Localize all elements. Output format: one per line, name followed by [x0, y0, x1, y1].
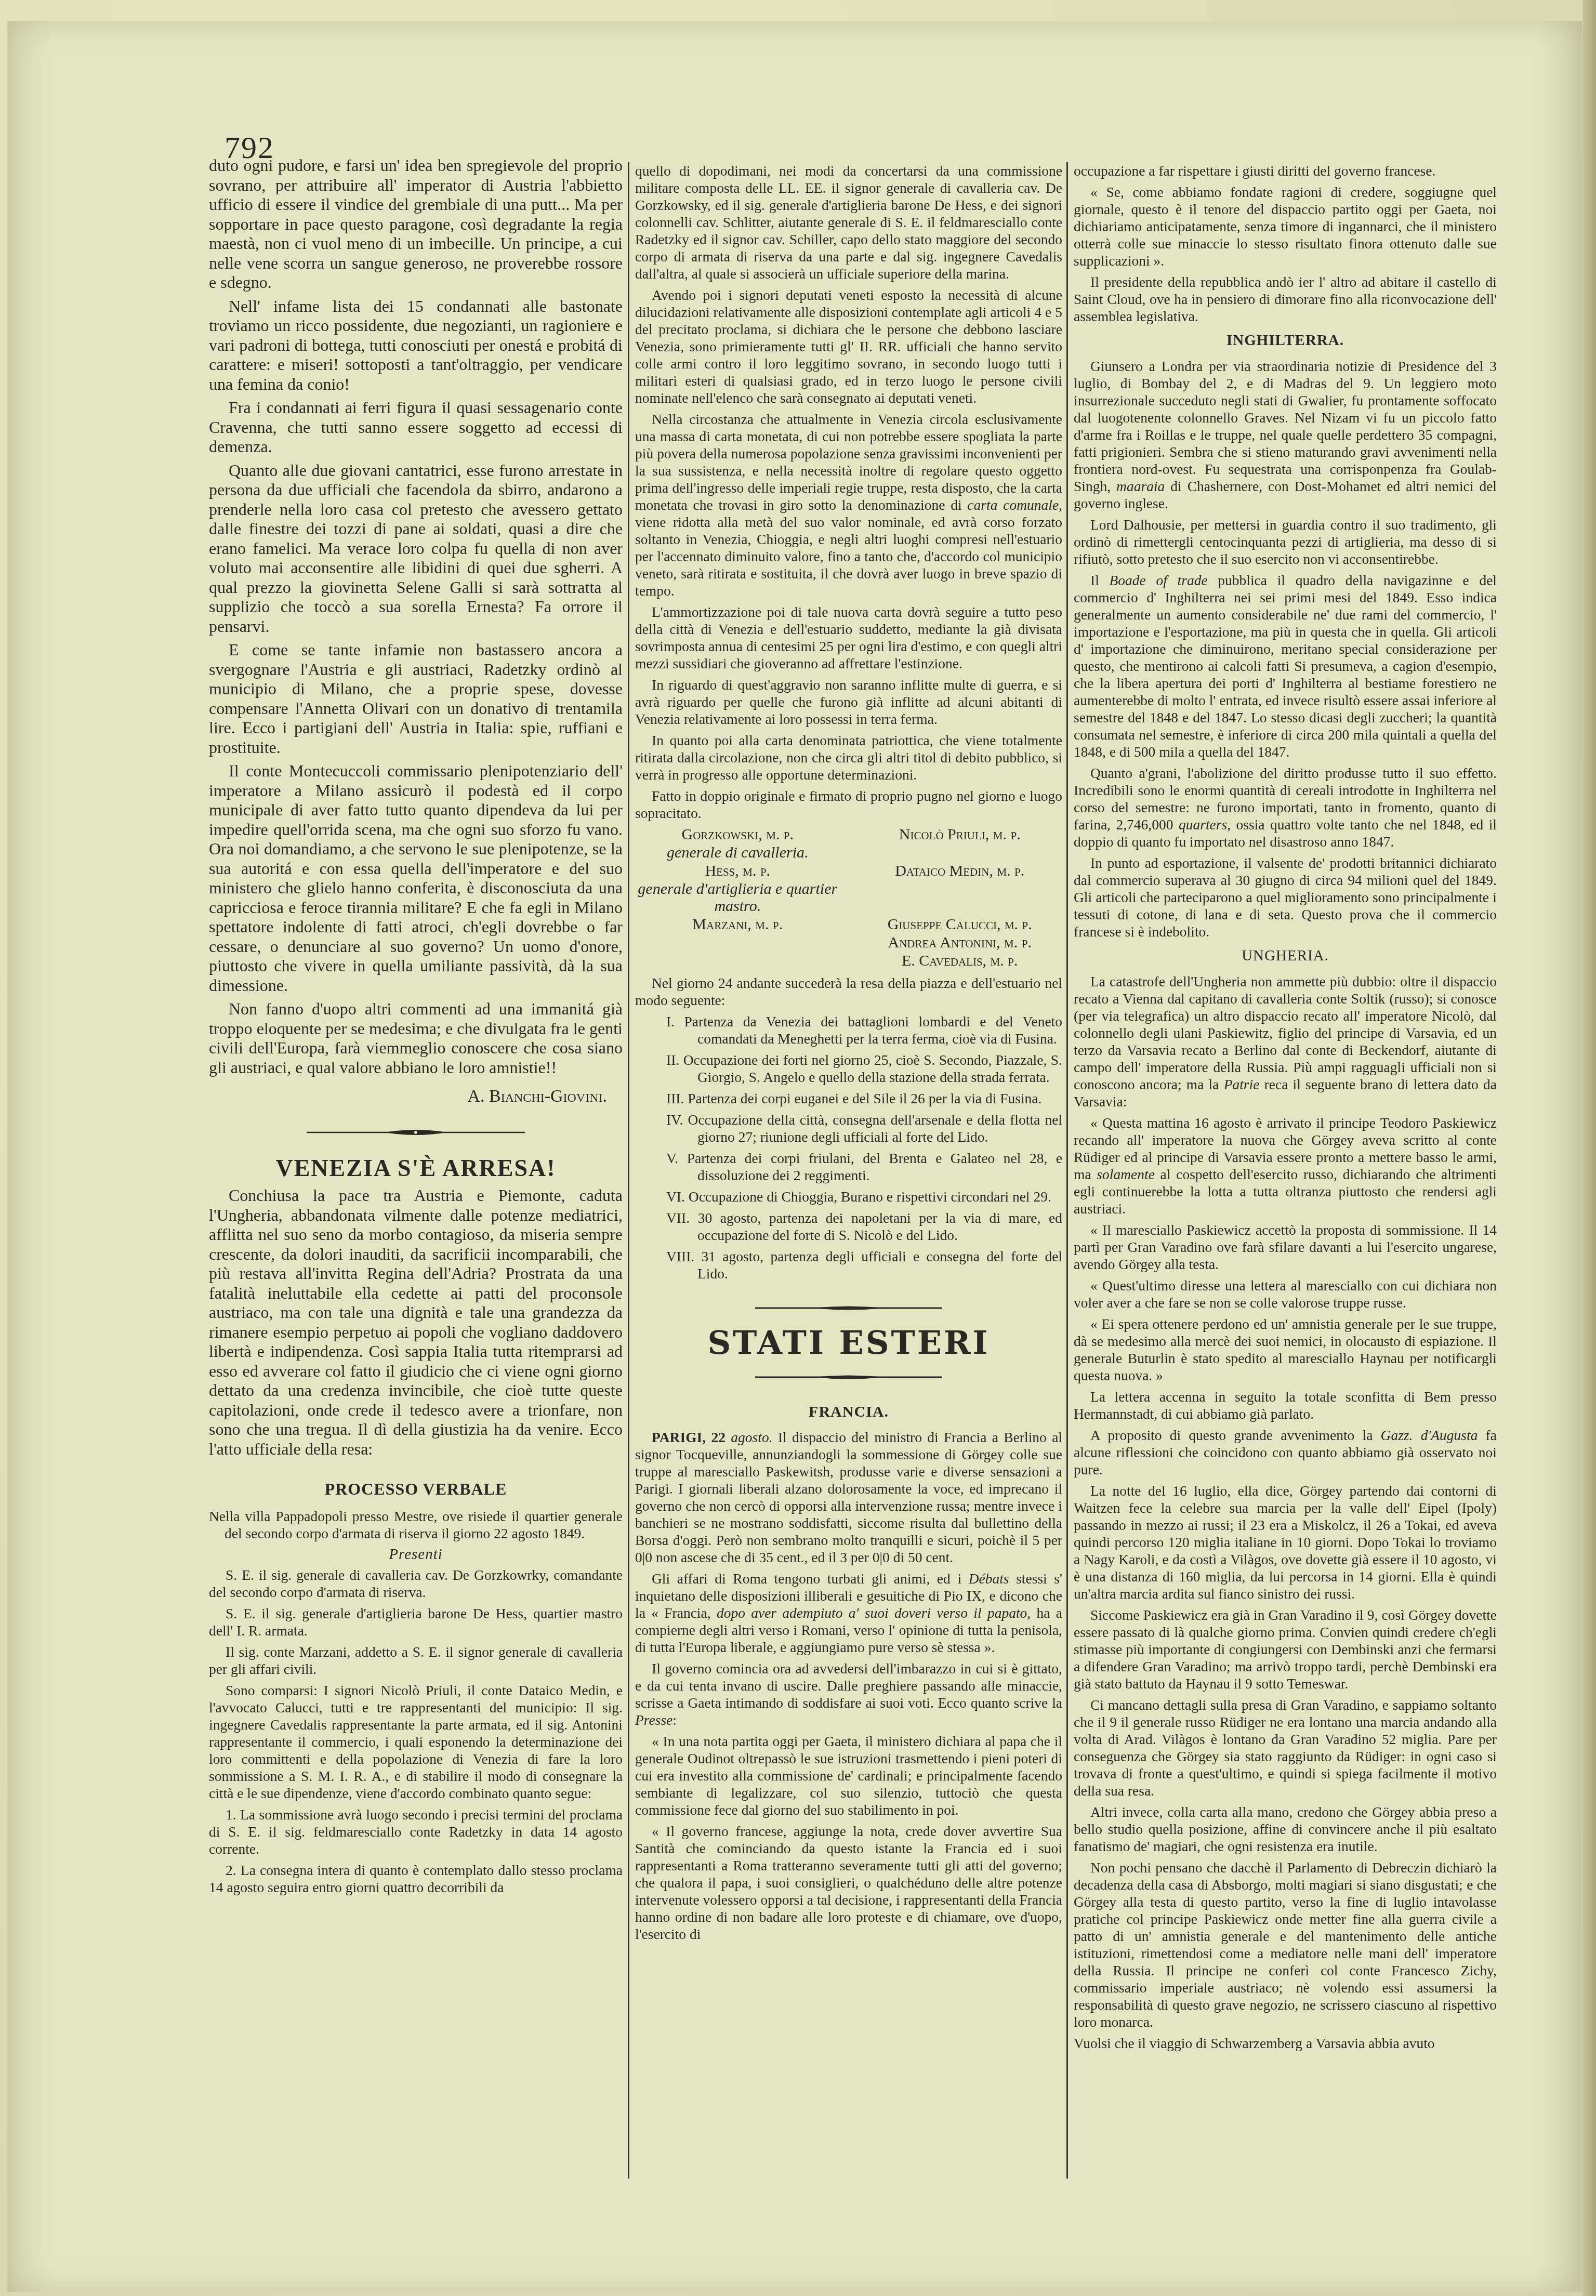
- ornament-divider-icon: [755, 1372, 942, 1382]
- paragraph: La lettera accenna in seguito la totale …: [1074, 1388, 1497, 1422]
- paragraph: Il governo comincia ora ad avvedersi del…: [635, 1660, 1062, 1728]
- paragraph: Il presidente della repubblica andò ier …: [1074, 273, 1497, 325]
- paragraph: Non fanno d'uopo altri commenti ad una i…: [209, 999, 623, 1077]
- paragraph: Sono comparsi: I signori Nicolò Priuli, …: [209, 1682, 623, 1802]
- paragraph: In riguardo di quest'aggravio non sarann…: [635, 676, 1062, 728]
- surrender-schedule-list: I. Partenza da Venezia dei battaglioni l…: [635, 1013, 1062, 1282]
- column-3: occupazione a far rispettare i giusti di…: [1074, 162, 1497, 2056]
- article-title-venezia: VENEZIA S'È ARRESA!: [209, 1158, 623, 1178]
- signature-row: generale di cavalleria.: [635, 844, 1062, 861]
- paragraph: Altri invece, colla carta alla mano, cre…: [1074, 1803, 1497, 1855]
- paragraph: E come se tante infamie non bastassero a…: [209, 640, 623, 757]
- list-item: IV. Occupazione della città, consegna de…: [635, 1111, 1062, 1145]
- signature-row: Hess, m. p.Dataico Medin, m. p.: [635, 862, 1062, 879]
- list-item: V. Partenza dei corpi friulani, del Bren…: [635, 1150, 1062, 1184]
- paragraph: « Se, come abbiamo fondate ragioni di cr…: [1074, 183, 1497, 269]
- paragraph: « In una nota partita oggi per Gaeta, il…: [635, 1733, 1062, 1818]
- paragraph: Nel giorno 24 andante succederà la resa …: [635, 974, 1062, 1009]
- processo-verbale-text: Nella villa Pappadopoli presso Mestre, o…: [209, 1508, 623, 1896]
- paragraph: Gli affari di Roma tengono turbati gli a…: [635, 1570, 1062, 1656]
- paragraph: S. E. il sig. generale di cavalleria cav…: [209, 1566, 623, 1601]
- column-1: duto ogni pudore, e farsi un' idea ben s…: [209, 156, 623, 1900]
- paragraph: In punto ad esportazione, il valsente de…: [1074, 854, 1497, 940]
- list-item: VI. Occupazione di Chioggia, Burano e ri…: [635, 1188, 1062, 1205]
- paragraph: « Il maresciallo Paskiewicz accettò la p…: [1074, 1221, 1497, 1273]
- paragraph: L'ammortizzazione poi di tale nuova cart…: [635, 603, 1062, 672]
- paragraph: Fatto in doppio originale e firmato di p…: [635, 787, 1062, 822]
- column-rule-right: [1066, 162, 1068, 2179]
- paragraph: Conchiusa la pace tra Austria e Piemonte…: [209, 1186, 623, 1459]
- paragraph: occupazione a far rispettare i giusti di…: [1074, 162, 1497, 179]
- paragraph: quello di dopodimani, nei modi da concer…: [635, 162, 1062, 282]
- ornament-divider-icon: [755, 1303, 942, 1313]
- presenti-label: Presenti: [209, 1546, 623, 1563]
- paragraph: « Il governo francese, aggiunge la nota,…: [635, 1823, 1062, 1943]
- paragraph: Il conte Montecuccoli commissario plenip…: [209, 761, 623, 995]
- paragraph: La catastrofe dell'Ungheria non ammette …: [1074, 973, 1497, 1110]
- author-signature: A. Bianchi-Giovini.: [209, 1087, 607, 1106]
- paragraph: Avendo poi i signori deputati veneti esp…: [635, 286, 1062, 406]
- signature-row: generale d'artiglieria e quartier mastro…: [635, 880, 1062, 915]
- paragraph: Quanto alle due giovani cantatrici, esse…: [209, 461, 623, 637]
- page-edge: [1582, 0, 1596, 2296]
- paragraph: Vuolsi che il viaggio di Schwarzemberg a…: [1074, 2035, 1497, 2052]
- paragraph: In quanto poi alla carta denominata patr…: [635, 732, 1062, 783]
- paragraph: Lord Dalhousie, per mettersi in guardia …: [1074, 516, 1497, 568]
- column-2: quello di dopodimani, nei modi da concer…: [635, 162, 1062, 1947]
- paragraph: S. E. il sig. generale d'artiglieria bar…: [209, 1605, 623, 1639]
- paragraph: Il sig. conte Marzani, addetto a S. E. i…: [209, 1643, 623, 1678]
- paragraph: Non pochi pensano che dacchè il Parlamen…: [1074, 1859, 1497, 2030]
- paragraph: Nell' infame lista dei 15 condannati all…: [209, 297, 623, 394]
- list-item: VIII. 31 agosto, partenza degli ufficial…: [635, 1248, 1062, 1282]
- list-item: III. Partenza dei corpi euganei e del Si…: [635, 1090, 1062, 1107]
- country-heading-inghilterra: INGHILTERRA.: [1074, 332, 1497, 349]
- country-heading-ungheria: UNGHERIA.: [1074, 947, 1497, 965]
- paragraph: Il Boade of trade pubblica il quadro del…: [1074, 572, 1497, 760]
- column-rule-left: [628, 162, 629, 2179]
- paragraph: Ci mancano dettagli sulla presa di Gran …: [1074, 1696, 1497, 1799]
- article-2: 2. La consegna intera di quanto è contem…: [209, 1862, 623, 1896]
- paragraph: Nella villa Pappadopoli presso Mestre, o…: [209, 1508, 623, 1542]
- paragraph: La notte del 16 luglio, ella dice, Görge…: [1074, 1482, 1497, 1602]
- list-item: I. Partenza da Venezia dei battaglioni l…: [635, 1013, 1062, 1047]
- ornament-divider-icon: [307, 1127, 525, 1138]
- signature-row: Andrea Antonini, m. p.: [635, 934, 1062, 951]
- paragraph: A proposito di questo grande avvenimento…: [1074, 1427, 1497, 1478]
- article-1: 1. La sommissione avrà luogo secondo i p…: [209, 1806, 623, 1857]
- list-item: VII. 30 agosto, partenza dei napoletani …: [635, 1209, 1062, 1244]
- paragraph: Nella circostanza che attualmente in Ven…: [635, 411, 1062, 599]
- paragraph: Fra i condannati ai ferri figura il quas…: [209, 398, 623, 457]
- paragraph: PARIGI, 22 agosto. Il dispaccio del mini…: [635, 1429, 1062, 1566]
- paragraph: Quanto a'grani, l'abolizione del diritto…: [1074, 764, 1497, 850]
- paragraph: Giunsero a Londra per via straordinaria …: [1074, 358, 1497, 512]
- signature-row: Marzani, m. p.Giuseppe Calucci, m. p.: [635, 916, 1062, 933]
- paragraph: « Questa mattina 16 agosto è arrivato il…: [1074, 1114, 1497, 1217]
- paragraph: Siccome Paskiewicz era già in Gran Varad…: [1074, 1606, 1497, 1692]
- section-title-processo-verbale: PROCESSO VERBALE: [209, 1480, 623, 1499]
- paragraph: duto ogni pudore, e farsi un' idea ben s…: [209, 156, 623, 293]
- signatures-block: Gorzkowski, m. p.Nicolò Priuli, m. p. ge…: [635, 826, 1062, 969]
- signature-row: E. Cavedalis, m. p.: [635, 952, 1062, 969]
- paragraph: « Quest'ultimo diresse una lettera al ma…: [1074, 1277, 1497, 1311]
- list-item: II. Occupazione dei forti nel giorno 25,…: [635, 1051, 1062, 1086]
- paragraph: « Ei spera ottenere perdono ed un' amnis…: [1074, 1315, 1497, 1384]
- signature-row: Gorzkowski, m. p.Nicolò Priuli, m. p.: [635, 826, 1062, 843]
- country-heading-francia: FRANCIA.: [635, 1403, 1062, 1420]
- section-title-stati-esteri: STATI ESTERI: [635, 1334, 1062, 1351]
